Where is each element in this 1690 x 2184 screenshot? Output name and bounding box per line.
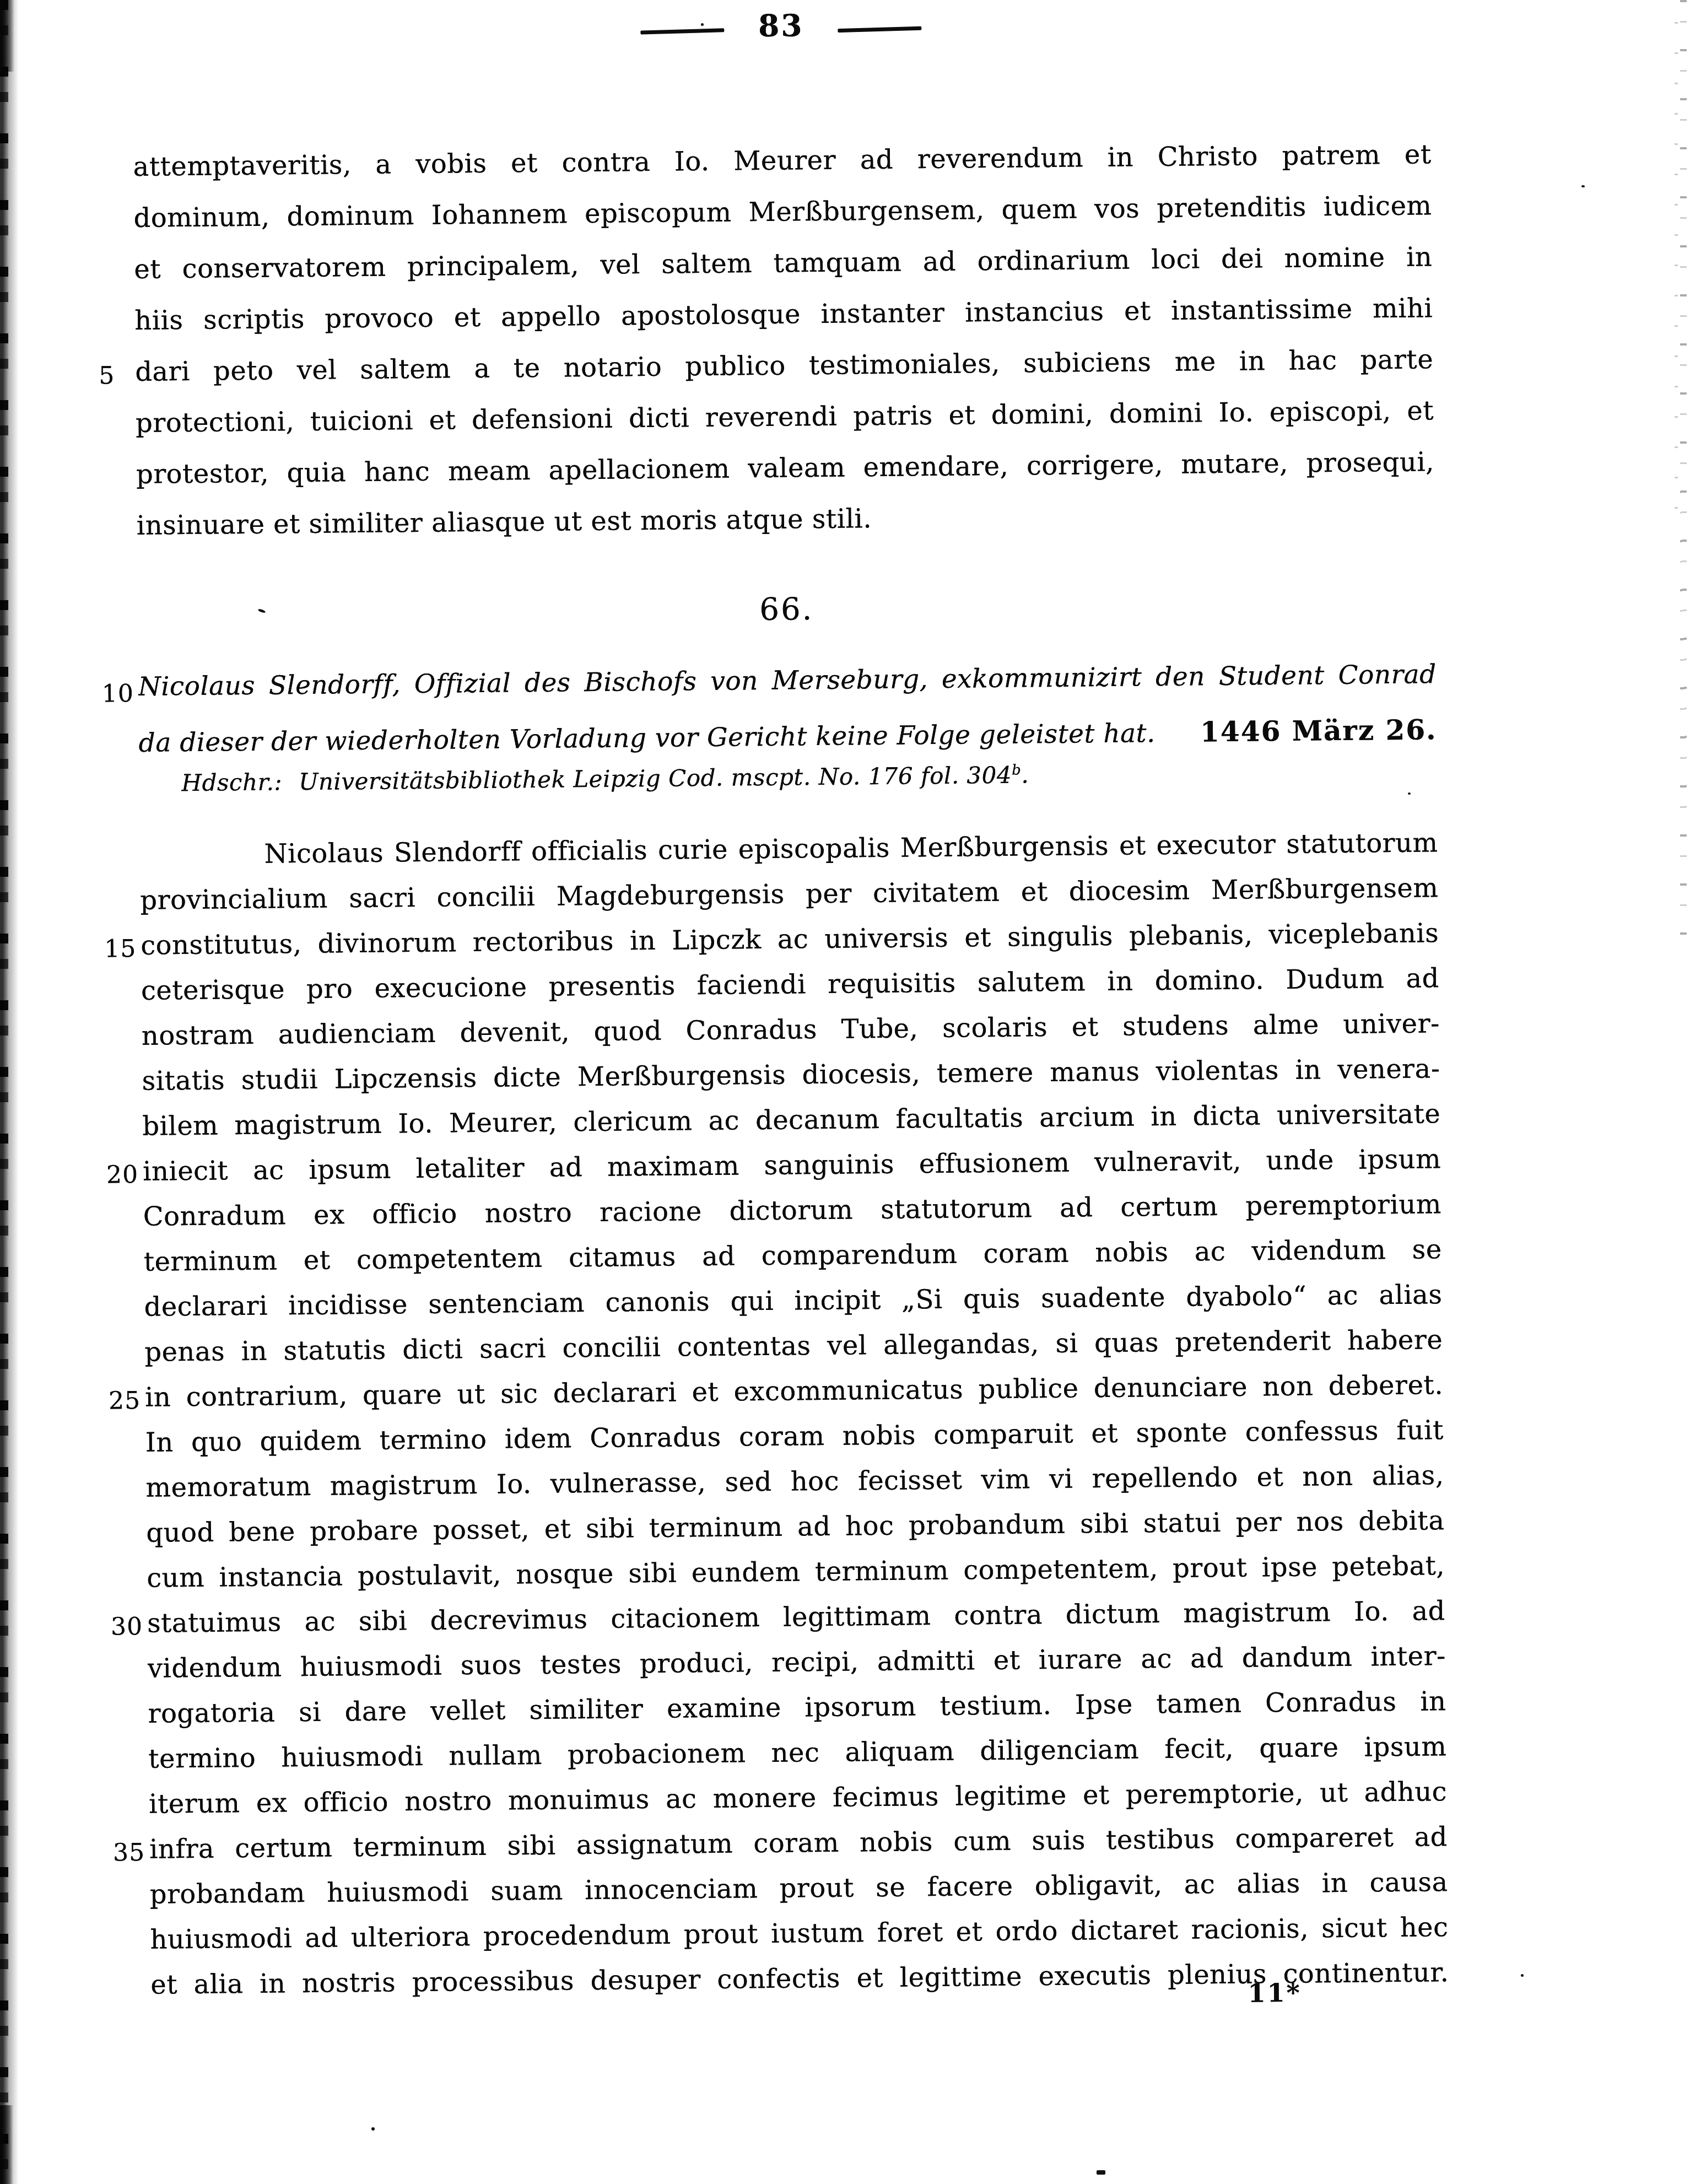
entry-number-heading: 66.: [137, 585, 1436, 634]
entry-body-paragraph: Nicolaus Slendorff officialis curie epis…: [139, 820, 1449, 2008]
margin-line-number: 35: [113, 1830, 145, 1876]
regest-date: 1446 März 26.: [1200, 702, 1437, 759]
page-header: 83: [132, 1, 1430, 50]
regest-summary: 10 Nicolaus Slendorff, Offizial des Bisc…: [138, 647, 1437, 770]
margin-line-number: 20: [106, 1152, 139, 1198]
source-note-period: .: [1021, 761, 1029, 788]
source-note-folio-superscript: b: [1012, 762, 1021, 779]
scanned-page: 83 attemptaveritis, a vobis et contra Io…: [0, 0, 1690, 2184]
margin-line-number: 30: [111, 1604, 143, 1650]
margin-line-number: 10: [101, 666, 134, 722]
header-dash-right: [838, 26, 922, 33]
margin-line-number: 5: [99, 350, 115, 401]
source-note-label: Hdschr.:: [181, 768, 282, 796]
regest-text: da dieser der wiederholten Vorladung vor…: [138, 706, 1156, 770]
page-number: 83: [758, 7, 804, 44]
header-dash-left: [640, 28, 724, 34]
margin-line-number: 25: [109, 1378, 141, 1424]
margin-line-number: 15: [104, 926, 137, 972]
continuation-paragraph: attemptaveritis, a vobis et contra Io. M…: [133, 129, 1435, 552]
signature-mark: 11*: [1248, 1978, 1302, 2008]
